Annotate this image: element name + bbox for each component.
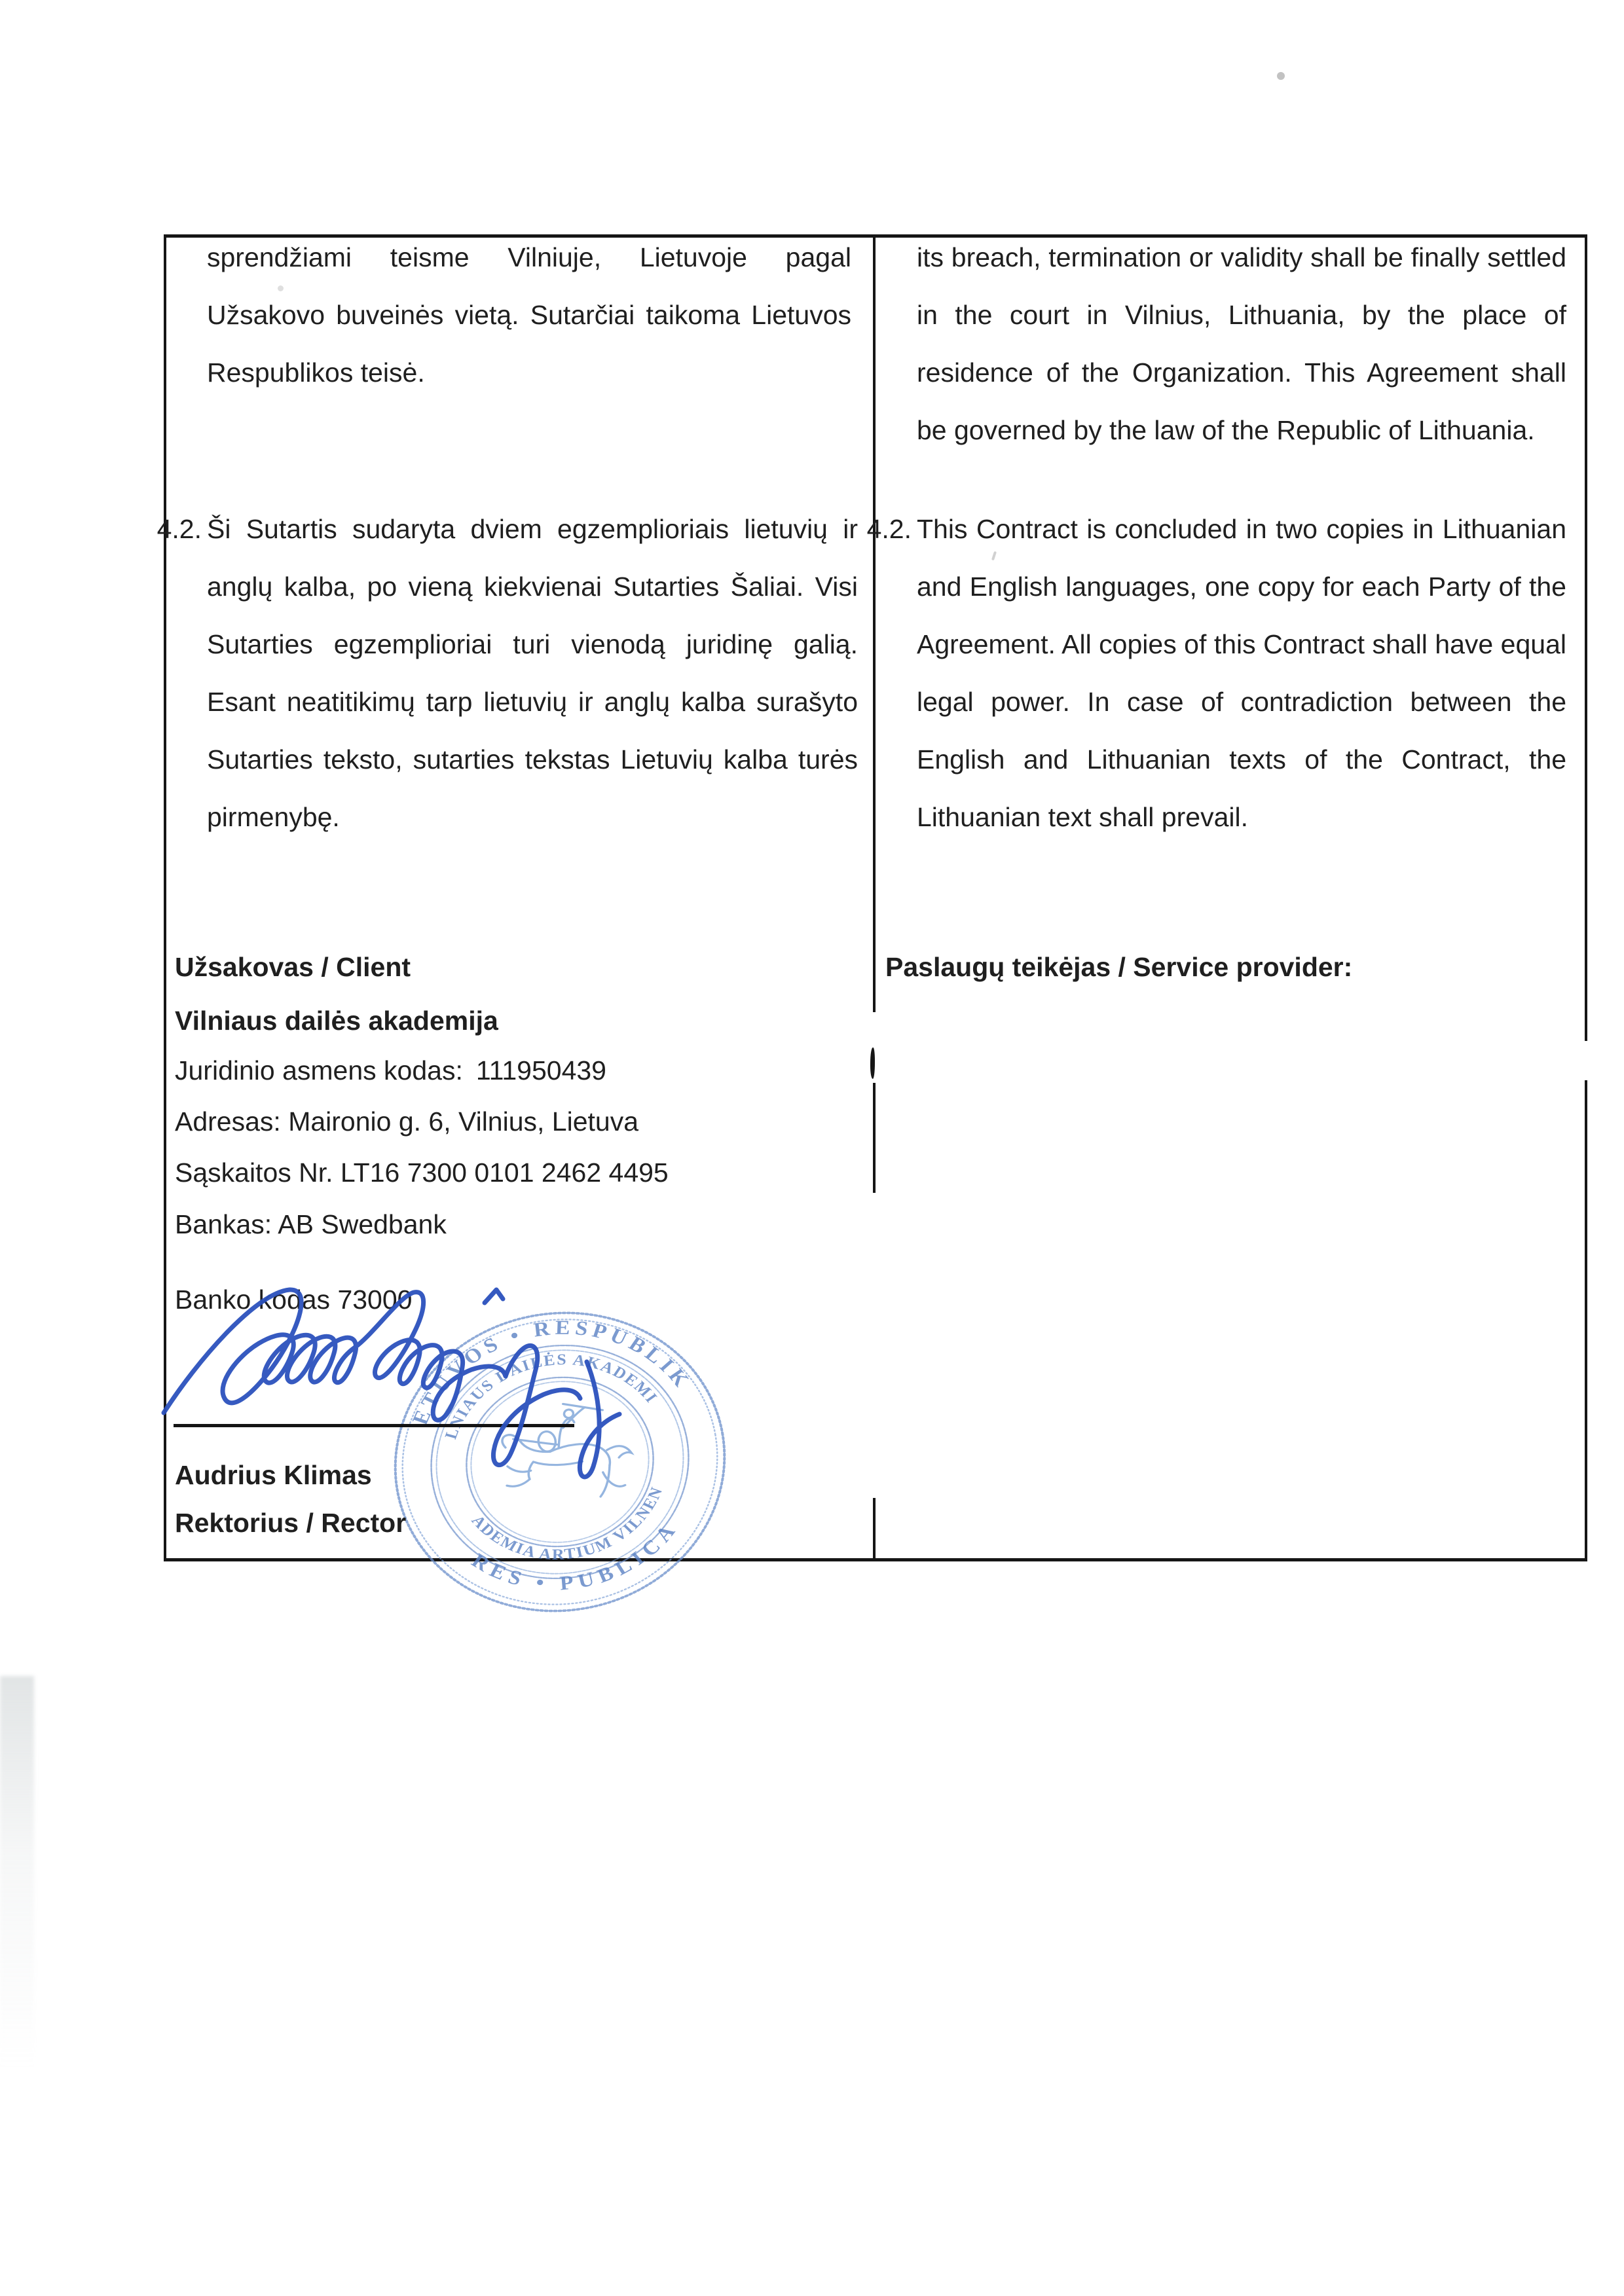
table-divider-segment	[873, 234, 876, 1012]
scan-speck	[1277, 72, 1285, 80]
service-provider-heading: Paslaugų teikėjas / Service provider:	[885, 951, 1352, 983]
clause-4-2-lt: 4.2.Ši Sutartis sudaryta dviem egzemplio…	[207, 500, 858, 846]
handwritten-signature	[118, 1257, 720, 1532]
table-border-right-segment	[1585, 1080, 1587, 1561]
signature-main-stroke	[164, 1290, 580, 1465]
table-divider-segment	[873, 1083, 876, 1193]
table-border-right-segment	[1585, 234, 1587, 1041]
clause-4-2-en-text: This Contract is concluded in two copies…	[917, 514, 1566, 832]
client-legal-code-label: Juridinio asmens kodas:	[175, 1055, 463, 1085]
table-divider-blob	[870, 1048, 875, 1079]
clause-4-2-lt-text: Ši Sutartis sudaryta dviem egzemplioriai…	[207, 514, 858, 832]
clause-4-2-en-number: 4.2.	[867, 500, 917, 558]
clause-4-2-lt-number: 4.2.	[157, 500, 207, 558]
signature-tail-stroke	[580, 1362, 619, 1477]
scan-streak-artifact	[0, 1676, 34, 2069]
client-name: Vilniaus dailės akademija	[175, 1004, 498, 1037]
client-account-number: Sąskaitos Nr. LT16 7300 0101 2462 4495	[175, 1156, 669, 1189]
scanned-contract-page: sprendžiami teisme Vilniuje, Lietuvoje p…	[0, 0, 1624, 2296]
client-address: Adresas: Maironio g. 6, Vilnius, Lietuva	[175, 1105, 638, 1138]
client-legal-code: Juridinio asmens kodas:111950439	[175, 1054, 606, 1087]
clause-4-1-lt-continuation: sprendžiami teisme Vilniuje, Lietuvoje p…	[207, 228, 851, 401]
signature-accent-stroke	[485, 1290, 503, 1303]
table-divider-segment	[873, 1498, 876, 1561]
clause-4-2-en: 4.2.This Contract is concluded in two co…	[917, 500, 1566, 846]
client-legal-code-value: 111950439	[476, 1055, 606, 1085]
clause-4-1-en-continuation: its breach, termination or validity shal…	[917, 228, 1566, 459]
client-heading: Užsakovas / Client	[175, 951, 411, 983]
client-bank: Bankas: AB Swedbank	[175, 1208, 447, 1241]
